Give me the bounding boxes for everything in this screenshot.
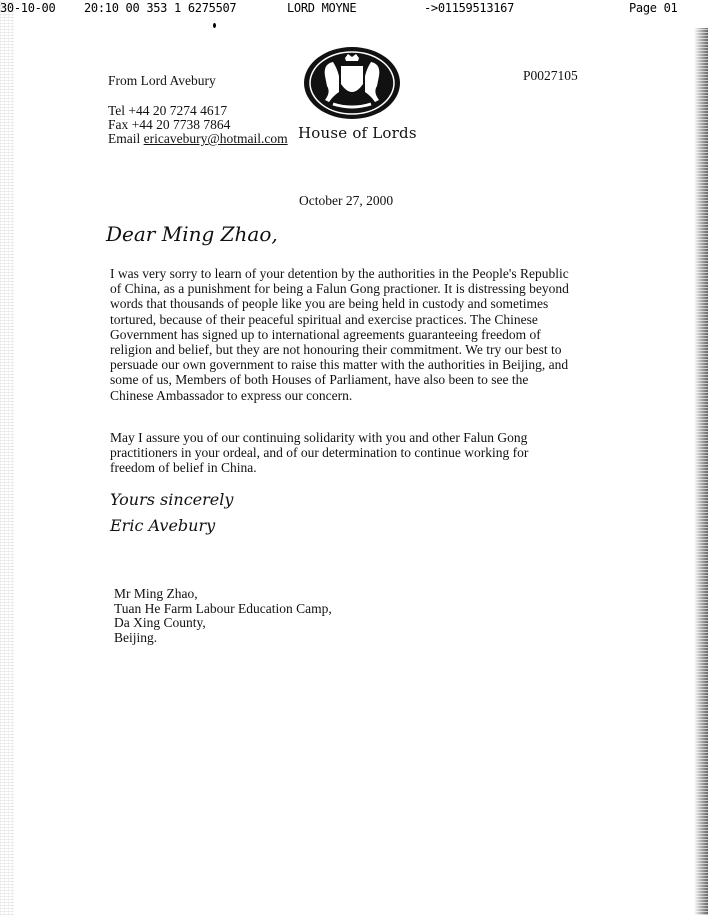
signature: Eric Avebury (110, 513, 233, 539)
sender-fax: Fax +44 20 7738 7864 (108, 118, 288, 132)
letter-paragraph: I was very sorry to learn of your detent… (110, 266, 570, 403)
address-line: Beijing. (114, 631, 332, 646)
address-line: Mr Ming Zhao, (114, 587, 332, 602)
sender-tel: Tel +44 20 7274 4617 (108, 104, 288, 118)
reference-number: P0027105 (523, 68, 578, 84)
fax-header: 30-10-00 20:10 00 353 1 6275507 LORD MOY… (0, 0, 708, 18)
address-line: Tuan He Farm Labour Education Camp, (114, 602, 332, 617)
email-link[interactable]: ericavebury@hotmail.com (144, 131, 288, 146)
house-of-lords-crest-icon (303, 46, 401, 120)
fax-destination: ->01159513167 (424, 1, 514, 15)
scan-noise-right (694, 28, 708, 915)
scan-noise-left (0, 0, 14, 915)
fax-time-number: 20:10 00 353 1 6275507 (84, 1, 236, 15)
fax-date: 30-10-00 (0, 1, 55, 15)
sender-email-line: Email ericavebury@hotmail.com (108, 132, 288, 146)
sender-name: From Lord Avebury (108, 73, 216, 89)
scan-speck (213, 23, 216, 28)
handwritten-closing: Yours sincerely Eric Avebury (110, 487, 233, 539)
closing-phrase: Yours sincerely (110, 487, 233, 513)
fax-sender: LORD MOYNE (287, 1, 356, 15)
house-of-lords-wordmark: House of Lords (298, 124, 417, 142)
sender-contact: Tel +44 20 7274 4617 Fax +44 20 7738 786… (108, 104, 288, 146)
letter-paragraph: May I assure you of our continuing solid… (110, 430, 570, 476)
letter-date: October 27, 2000 (299, 193, 393, 209)
recipient-address: Mr Ming Zhao, Tuan He Farm Labour Educat… (114, 587, 332, 645)
address-line: Da Xing County, (114, 616, 332, 631)
handwritten-salutation: Dear Ming Zhao, (106, 222, 278, 246)
email-label: Email (108, 131, 144, 146)
fax-page: Page 01 (629, 1, 677, 15)
